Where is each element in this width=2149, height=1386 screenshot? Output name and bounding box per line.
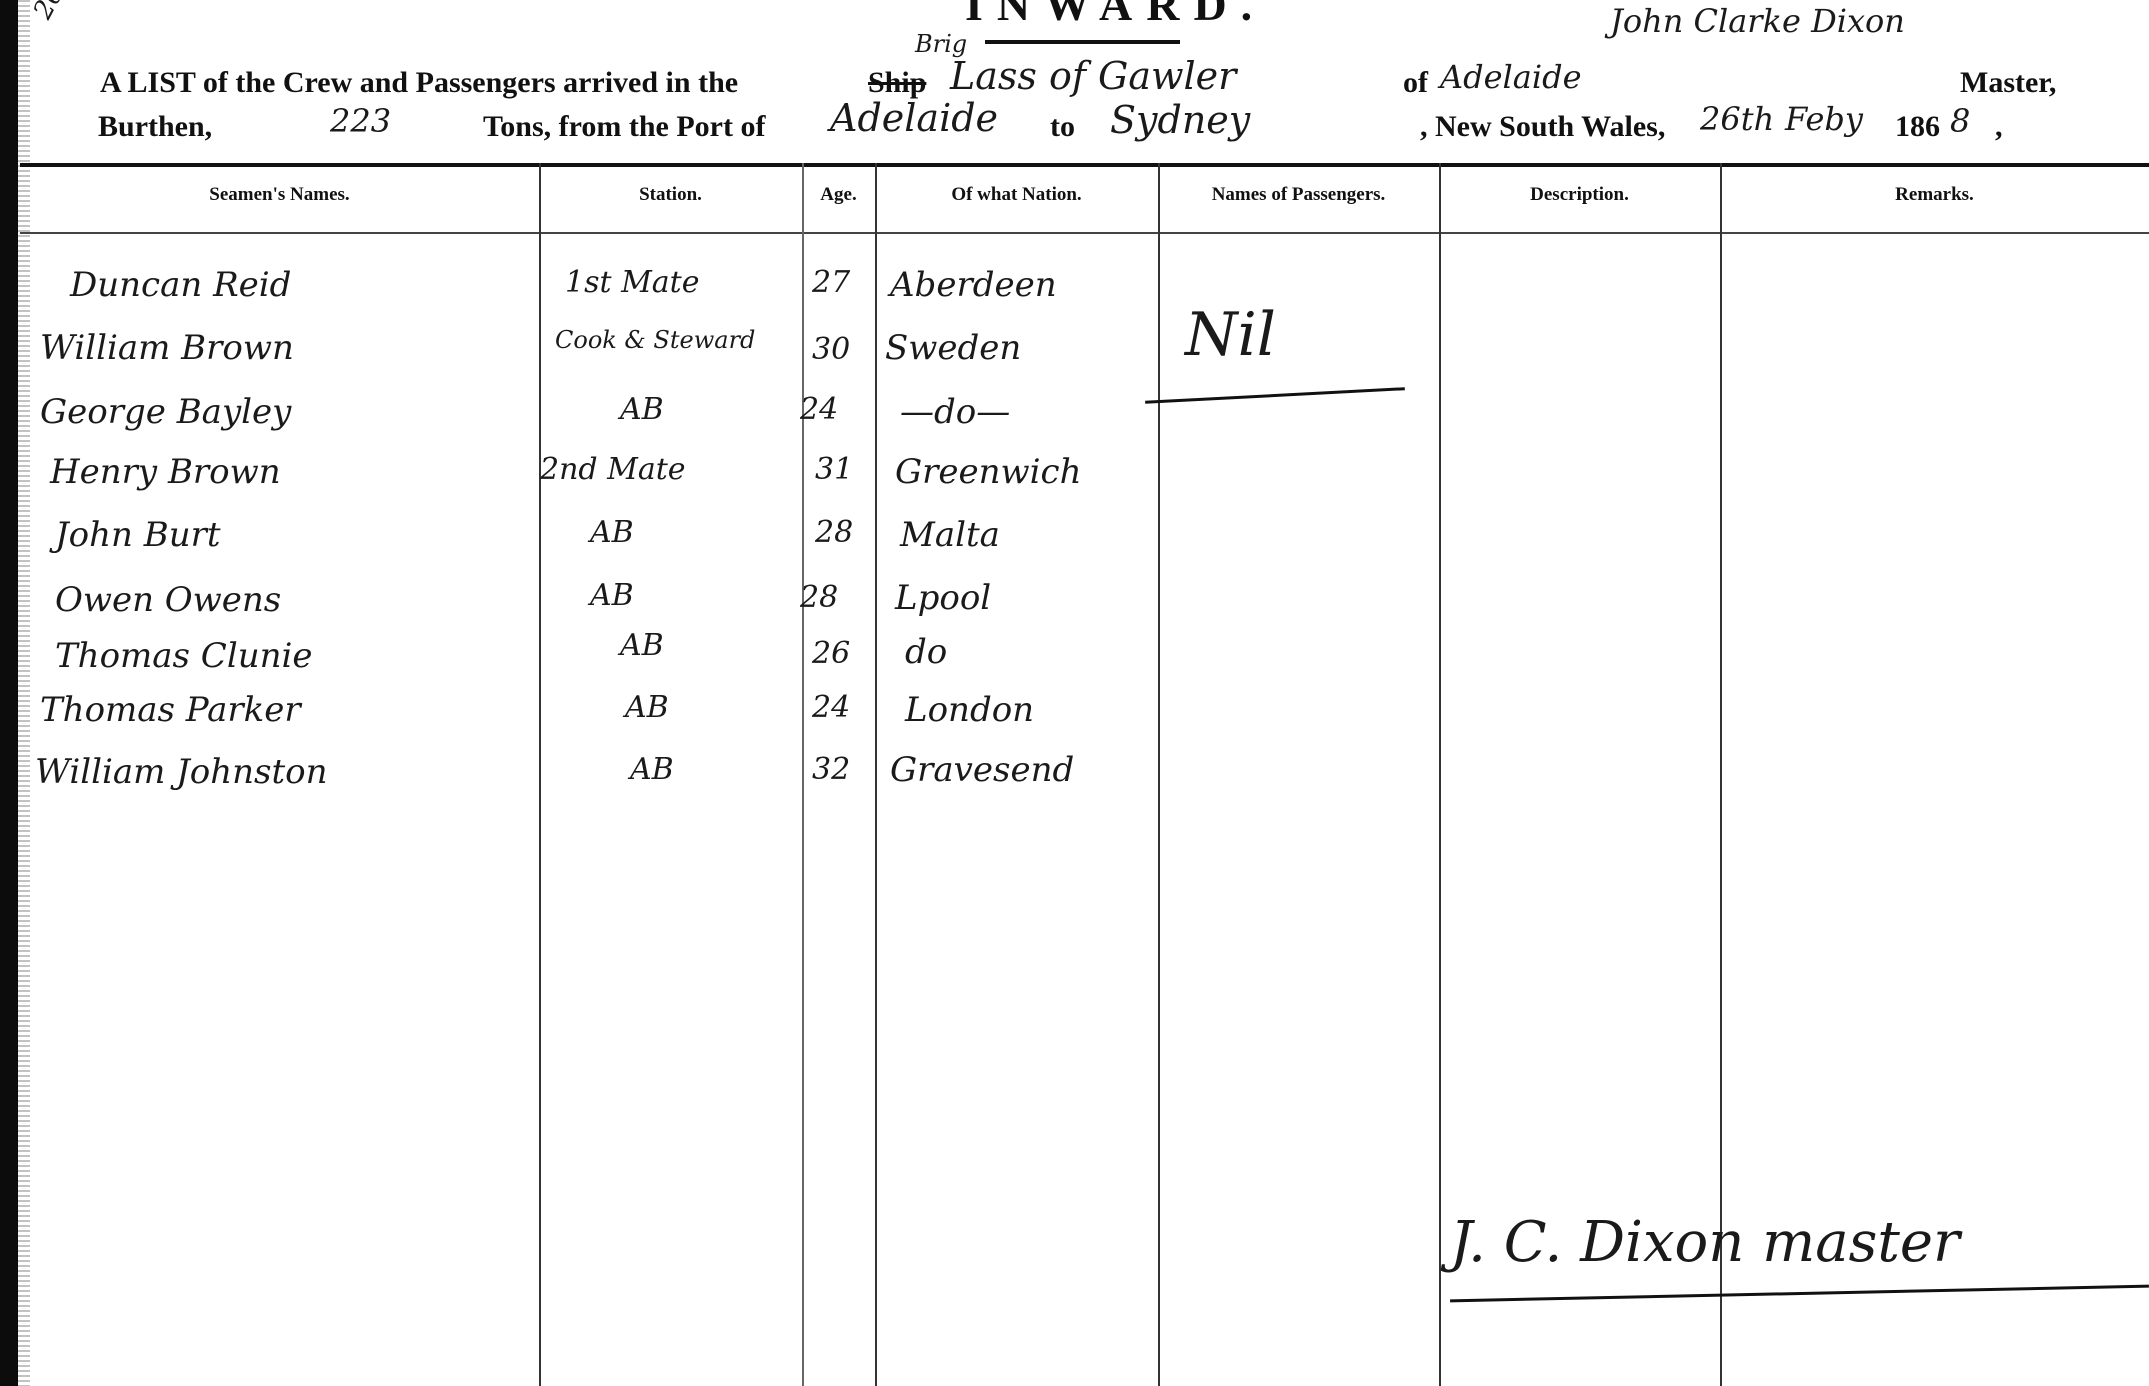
seaman-nation: London [905,690,1034,730]
master-label: Master, [1960,66,2056,100]
scan-edge-shadow [0,0,18,1386]
seaman-age: 31 [815,452,853,487]
seaman-name: Thomas Clunie [55,636,313,676]
passengers-nil-underline [1145,387,1405,404]
signature-underline [1450,1285,2149,1303]
date-day: 26th [1700,100,1774,138]
scan-edge-speckle [18,0,30,1386]
seaman-name: Thomas Parker [40,690,301,730]
to-label: to [1050,110,1075,144]
seaman-nation: Gravesend [890,750,1074,790]
title-underline [985,40,1180,44]
vessel-name: Lass of Gawler [950,54,1236,98]
master-signature: J. C. Dixon master [1450,1210,1960,1275]
column-header-age: Age. [802,184,875,206]
document-title: INWARD. [965,0,1266,31]
seaman-nation: —do— [900,392,1010,432]
seaman-station: Cook & Steward [555,325,785,355]
header-of-label: of [1403,66,1428,100]
seaman-station: AB [620,392,664,427]
column-divider-age [802,163,804,1386]
seaman-age: 24 [800,392,838,427]
column-header-passengers: Names of Passengers. [1158,184,1439,206]
seaman-station: AB [590,578,634,613]
seaman-station: AB [625,690,669,725]
tons-label: Tons, from the Port of [483,110,765,144]
date-year-written: 8 [1950,102,1970,140]
seaman-age: 24 [812,690,850,725]
seaman-age: 28 [800,580,838,615]
column-header-description: Description. [1439,184,1720,206]
seaman-name: George Bayley [40,392,291,432]
date-month: Feby [1785,100,1863,138]
column-header-seamens-names: Seamen's Names. [20,184,539,206]
seaman-name: Henry Brown [50,452,281,492]
burthen-label: Burthen, [98,110,212,144]
seaman-age: 27 [812,265,850,300]
nsw-label: , New South Wales, [1420,110,1665,144]
date-year-printed: 186 [1895,110,1940,144]
seaman-name: John Burt [55,515,221,555]
table-header-bottom-rule [20,232,2149,234]
column-divider-nation [875,163,877,1386]
crew-passenger-list-document: 26/2 MB INWARD. John Clarke Dixon A LIST… [0,0,2149,1386]
seaman-nation: Lpool [895,578,991,618]
margin-annotation: 26/2 MB [28,0,107,24]
seaman-nation: Sweden [885,328,1021,368]
column-divider-remarks [1720,163,1722,1386]
seaman-age: 26 [812,636,850,671]
seaman-name: William Johnston [35,752,328,792]
column-header-station: Station. [539,184,802,206]
seaman-nation: do [905,632,947,672]
table-top-rule [20,163,2149,167]
date-trailing-comma: , [1995,110,2003,144]
column-divider-station [539,163,541,1386]
to-port: Sydney [1110,98,1250,142]
seaman-station: AB [590,515,634,550]
tons-value: 223 [330,102,391,140]
seaman-nation: Greenwich [895,452,1081,492]
seaman-name: Owen Owens [55,580,281,620]
column-header-nation: Of what Nation. [875,184,1158,206]
seaman-station: 2nd Mate [540,452,686,487]
seaman-station: AB [620,628,664,663]
seaman-age: 28 [815,515,853,550]
seaman-name: William Brown [40,328,294,368]
column-divider-passengers [1158,163,1160,1386]
passengers-nil: Nil [1185,300,1276,370]
seaman-station: 1st Mate [565,265,700,300]
seaman-station: AB [630,752,674,787]
vessel-type-struck: Ship [868,66,926,100]
seaman-name: Duncan Reid [70,265,291,305]
seaman-nation: Aberdeen [890,265,1057,305]
master-name: John Clarke Dixon [1610,2,1905,40]
header-line1-prefix: A LIST of the Crew and Passengers arrive… [100,66,738,100]
from-port: Adelaide [830,96,998,140]
seaman-age: 32 [812,752,850,787]
seaman-age: 30 [812,332,850,367]
column-divider-description [1439,163,1441,1386]
column-header-remarks: Remarks. [1720,184,2149,206]
seaman-nation: Malta [900,515,1000,555]
home-port: Adelaide [1440,58,1582,96]
